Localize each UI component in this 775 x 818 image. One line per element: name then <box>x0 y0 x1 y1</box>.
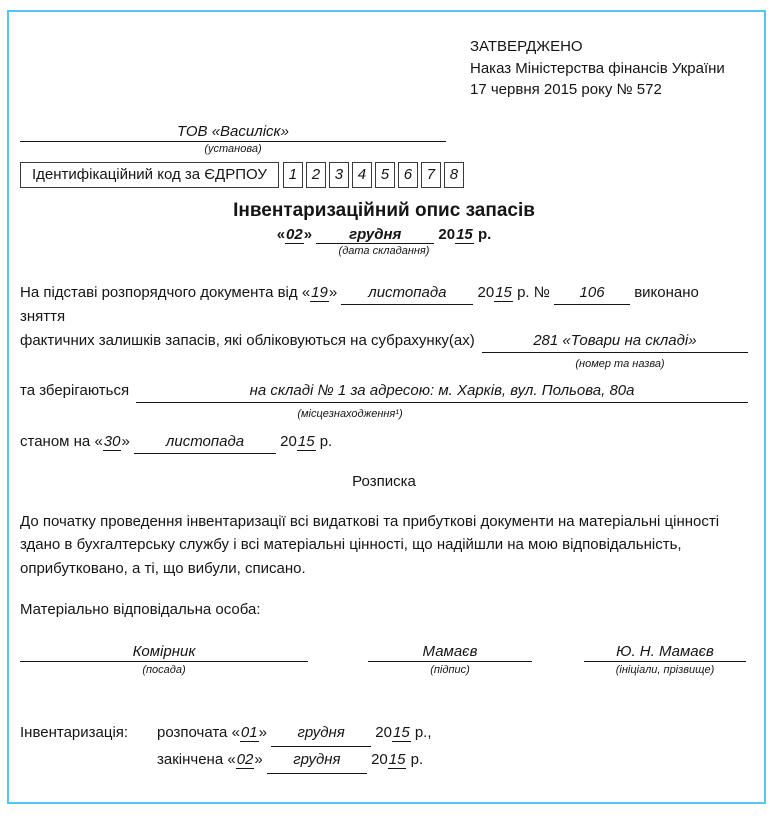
quote-close: » <box>254 751 262 768</box>
edrpou-row: Ідентифікаційний код за ЄДРПОУ 12345678 <box>20 162 748 188</box>
year-suffix: 15 <box>392 724 411 742</box>
basis-doc-number: 106 <box>554 281 630 305</box>
year-prefix: 20 <box>375 724 392 741</box>
year-suffix: 15 <box>297 433 316 451</box>
year-prefix: 20 <box>280 433 297 450</box>
signature-col-position: Комірник (посада) <box>20 643 308 676</box>
inventory-lines: розпочата «01» грудня 2015 р., закінчена… <box>157 720 432 774</box>
edrpou-digit-cell: 4 <box>352 162 372 188</box>
basis-doc-month: листопада <box>341 281 473 305</box>
position-value: Комірник <box>20 643 308 662</box>
started-day: 01 <box>240 724 259 742</box>
year-prefix: 20 <box>371 751 388 768</box>
asof-month: листопада <box>134 430 276 454</box>
signature-row: Комірник (посада) Мамаєв (підпис) Ю. Н. … <box>20 643 748 676</box>
basis-intro: На підставі розпорядчого документа від <box>20 284 298 301</box>
edrpou-digit-cell: 3 <box>329 162 349 188</box>
signature-value: Мамаєв <box>368 643 532 662</box>
edrpou-digit-cell: 6 <box>398 162 418 188</box>
edrpou-label: Ідентифікаційний код за ЄДРПОУ <box>20 162 279 188</box>
started-suffix: р., <box>415 724 432 741</box>
finished-label: закінчена <box>157 751 223 768</box>
document-title: Інвентаризаційний опис запасів <box>20 200 748 222</box>
institution-block: ТОВ «Василіск» (установа) <box>20 123 446 155</box>
date-day: 02 <box>285 226 304 244</box>
location-caption: (місцезнаходження¹) <box>115 403 585 426</box>
basis-after-year: р. № <box>517 284 550 301</box>
quote-close: » <box>329 284 337 301</box>
institution-name: ТОВ «Василіск» <box>20 123 446 142</box>
date-caption: (дата складання) <box>20 245 748 257</box>
inventory-started-line: розпочата «01» грудня 2015 р., <box>157 720 432 747</box>
edrpou-digit-cell: 7 <box>421 162 441 188</box>
quote-open: « <box>302 284 310 301</box>
asof-day: 30 <box>103 433 122 451</box>
finished-day: 02 <box>236 751 255 769</box>
year-prefix: 20 <box>438 226 455 243</box>
quote-open: « <box>277 226 285 243</box>
storage-line: та зберігаються на складі № 1 за адресою… <box>20 379 748 403</box>
account-caption: (номер та назва) <box>500 353 740 376</box>
asof-line: станом на «30» листопада 2015 р. <box>20 430 748 454</box>
approval-line-approved: ЗАТВЕРДЖЕНО <box>470 36 748 58</box>
basis-line2: фактичних залишків запасів, які облікову… <box>20 329 748 353</box>
year-r: р. <box>478 226 491 243</box>
asof-year-r: р. <box>320 433 333 450</box>
basis-account: 281 «Товари на складі» <box>482 329 748 353</box>
started-month: грудня <box>271 720 371 747</box>
date-month: грудня <box>316 226 434 244</box>
basis-doc-day: 19 <box>310 284 329 302</box>
storage-label: та зберігаються <box>20 379 129 402</box>
document-date-line: «02» грудня 2015 р. <box>20 226 748 244</box>
edrpou-digit-cell: 2 <box>306 162 326 188</box>
edrpou-digit-cell: 1 <box>283 162 303 188</box>
basis-line2-text: фактичних залишків запасів, які облікову… <box>20 329 475 352</box>
quote-open: « <box>227 751 235 768</box>
approval-line-date: 17 червня 2015 року № 572 <box>470 79 748 101</box>
edrpou-cells: 12345678 <box>283 162 464 188</box>
receipt-heading: Розписка <box>20 473 748 490</box>
signature-col-signature: Мамаєв (підпис) <box>368 643 532 676</box>
storage-value: на складі № 1 за адресою: м. Харків, вул… <box>136 379 748 403</box>
asof-label: станом на <box>20 433 90 450</box>
approval-block: ЗАТВЕРДЖЕНО Наказ Міністерства фінансів … <box>470 36 748 101</box>
inventory-finished-line: закінчена «02» грудня 2015 р. <box>157 747 432 774</box>
name-caption: (ініціали, прізвище) <box>584 664 746 676</box>
quote-close: » <box>304 226 312 243</box>
quote-open: « <box>232 724 240 741</box>
inventory-label: Інвентаризація: <box>20 720 157 774</box>
quote-close: » <box>121 433 129 450</box>
inventory-dates-block: Інвентаризація: розпочата «01» грудня 20… <box>20 720 748 774</box>
year-suffix: 15 <box>388 751 407 769</box>
document-page: ЗАТВЕРДЖЕНО Наказ Міністерства фінансів … <box>7 10 766 804</box>
signature-col-name: Ю. Н. Мамаєв (ініціали, прізвище) <box>584 643 746 676</box>
name-value: Ю. Н. Мамаєв <box>584 643 746 662</box>
started-label: розпочата <box>157 724 227 741</box>
institution-caption: (установа) <box>20 143 446 155</box>
signature-caption: (підпис) <box>368 664 532 676</box>
approval-line-order: Наказ Міністерства фінансів України <box>470 58 748 80</box>
basis-line1: На підставі розпорядчого документа від «… <box>20 281 748 328</box>
finished-suffix: р. <box>411 751 424 768</box>
year-prefix: 20 <box>478 284 495 301</box>
year-suffix: 15 <box>455 226 474 244</box>
edrpou-digit-cell: 8 <box>444 162 464 188</box>
basis-paragraph: На підставі розпорядчого документа від «… <box>20 281 748 454</box>
edrpou-digit-cell: 5 <box>375 162 395 188</box>
quote-close: » <box>259 724 267 741</box>
receipt-body: До початку проведення інвентаризації всі… <box>20 510 742 581</box>
responsible-person-label: Матеріально відповідальна особа: <box>20 601 748 618</box>
position-caption: (посада) <box>20 664 308 676</box>
quote-open: « <box>94 433 102 450</box>
year-suffix: 15 <box>494 284 513 302</box>
finished-month: грудня <box>267 747 367 774</box>
